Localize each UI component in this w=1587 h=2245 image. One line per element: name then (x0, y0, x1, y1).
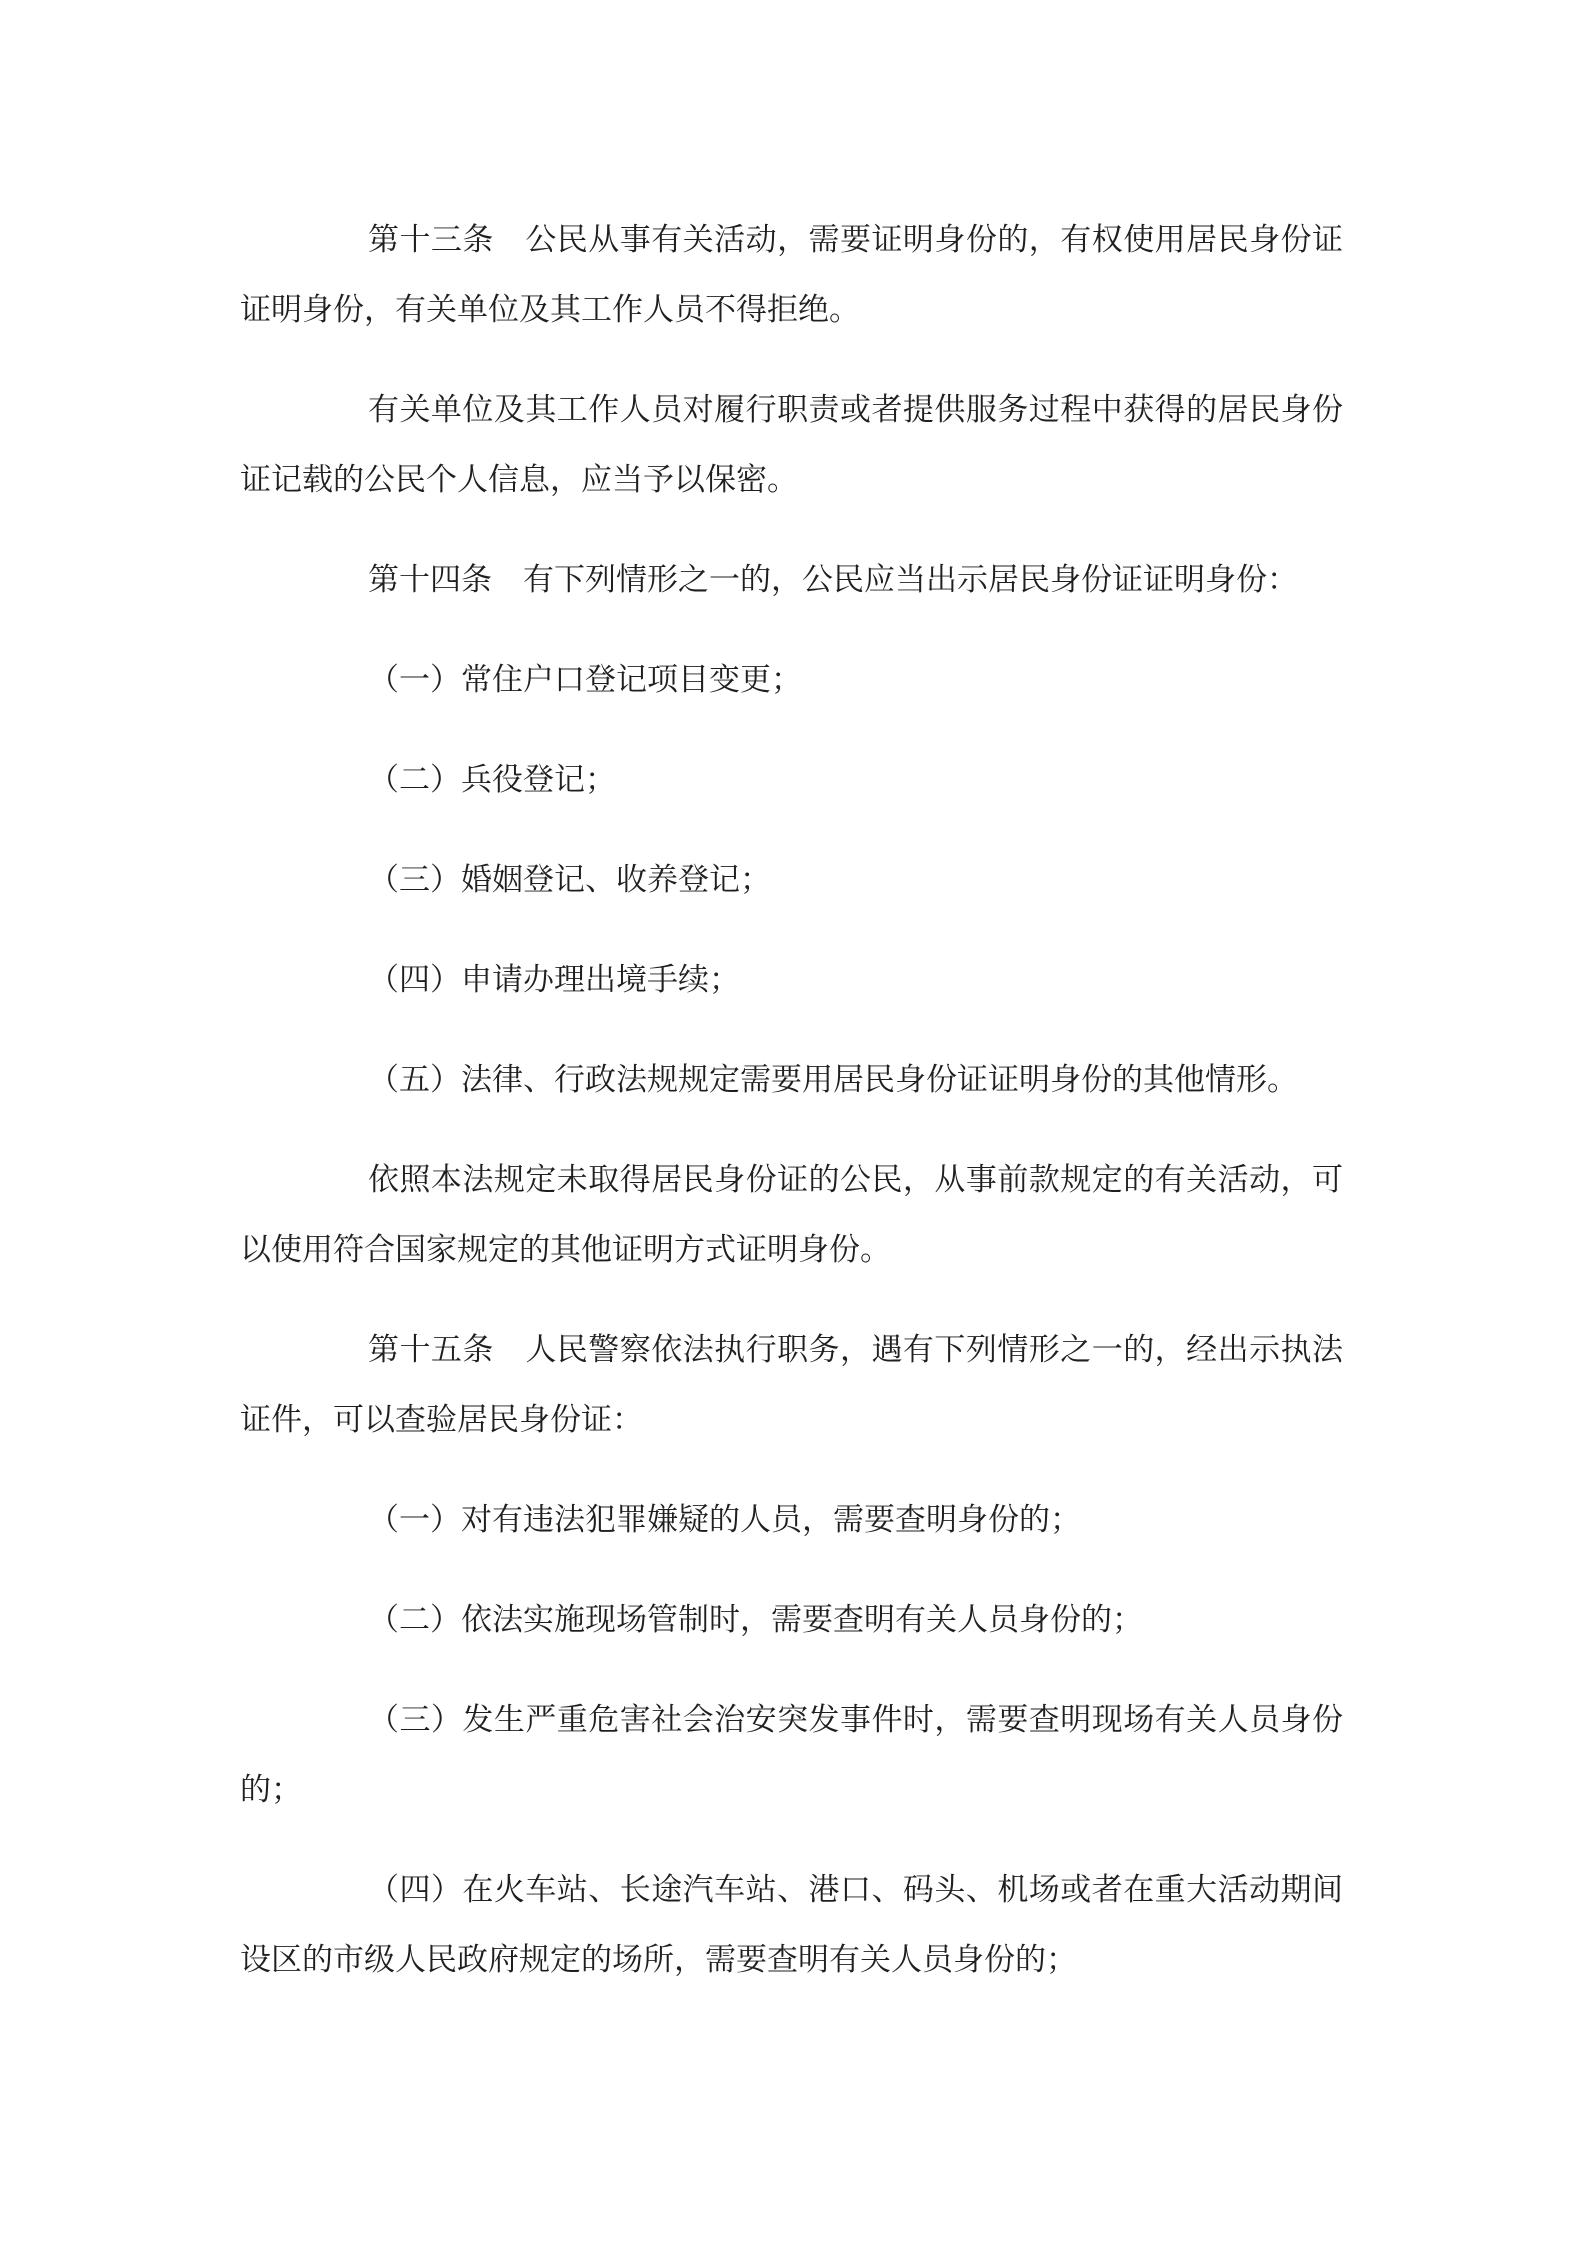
paragraph: （一）常住户口登记项目变更； (240, 645, 1343, 715)
document-body: 第十三条 公民从事有关活动，需要证明身份的，有权使用居民身份证证明身份，有关单位… (240, 205, 1343, 2025)
paragraph: 有关单位及其工作人员对履行职责或者提供服务过程中获得的居民身份证记载的公民个人信… (240, 375, 1343, 515)
paragraph: （三）发生严重危害社会治安突发事件时，需要查明现场有关人员身份的； (240, 1685, 1343, 1825)
paragraph: 第十三条 公民从事有关活动，需要证明身份的，有权使用居民身份证证明身份，有关单位… (240, 205, 1343, 345)
paragraph: （三）婚姻登记、收养登记； (240, 845, 1343, 915)
paragraph: （二）依法实施现场管制时，需要查明有关人员身份的； (240, 1585, 1343, 1655)
paragraph: 第十五条 人民警察依法执行职务，遇有下列情形之一的，经出示执法证件，可以查验居民… (240, 1315, 1343, 1455)
paragraph: 依照本法规定未取得居民身份证的公民，从事前款规定的有关活动，可以使用符合国家规定… (240, 1145, 1343, 1285)
paragraph: 第十四条 有下列情形之一的，公民应当出示居民身份证证明身份： (240, 545, 1343, 615)
paragraph: （五）法律、行政法规规定需要用居民身份证证明身份的其他情形。 (240, 1045, 1343, 1115)
document-page: 第十三条 公民从事有关活动，需要证明身份的，有权使用居民身份证证明身份，有关单位… (0, 0, 1587, 2245)
paragraph: （四）在火车站、长途汽车站、港口、码头、机场或者在重大活动期间设区的市级人民政府… (240, 1855, 1343, 1995)
paragraph: （四）申请办理出境手续； (240, 945, 1343, 1015)
paragraph: （二）兵役登记； (240, 745, 1343, 815)
paragraph: （一）对有违法犯罪嫌疑的人员，需要查明身份的； (240, 1485, 1343, 1555)
